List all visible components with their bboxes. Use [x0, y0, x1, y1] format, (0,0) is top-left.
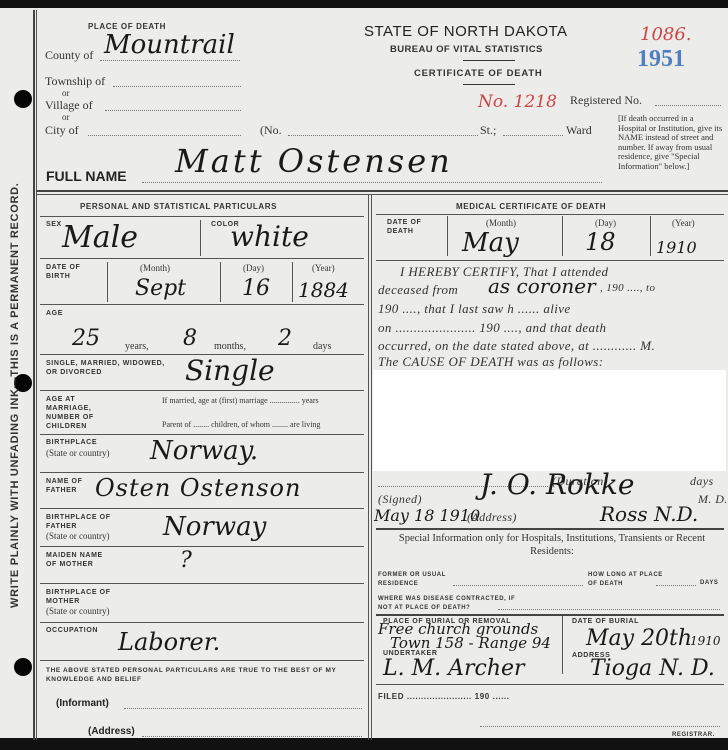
- sex-label: SEX: [46, 221, 62, 228]
- title-divider: [463, 60, 515, 61]
- dob-year-value: 1884: [298, 278, 349, 302]
- registrar-signature-field[interactable]: [480, 726, 720, 727]
- village-label: Village of: [45, 98, 93, 113]
- full-name-field[interactable]: [142, 182, 602, 183]
- burial-date-label: DATE OF BURIAL: [572, 618, 639, 625]
- medical-title: MEDICAL CERTIFICATE OF DEATH: [456, 202, 606, 211]
- column-divider-2: [371, 194, 372, 740]
- md-label: M. D.: [698, 492, 728, 507]
- cell-line: [447, 216, 448, 256]
- sex-value: Male: [62, 220, 138, 255]
- mother-value: ?: [180, 548, 192, 573]
- certificate-title: CERTIFICATE OF DEATH: [414, 68, 543, 79]
- physician-address-value: Ross N.D.: [600, 502, 698, 526]
- street-field[interactable]: [288, 135, 478, 136]
- street-label: St.;: [480, 123, 496, 138]
- hospital-note: [If death occurred in a Hospital or Inst…: [618, 114, 724, 171]
- marital-label: SINGLE, MARRIED, WIDOWED, OR DIVORCED: [46, 359, 166, 377]
- certify-line-3: 190 ...., that I last saw h ...... alive: [378, 301, 571, 317]
- special-info-heading: Special Information only for Hospitals, …: [384, 532, 720, 558]
- or-label: or: [62, 88, 70, 98]
- informant-label: (Informant): [56, 698, 109, 709]
- father-birthplace-sub: (State or country): [46, 531, 109, 541]
- duration-days-label: days: [690, 474, 714, 489]
- cell-line: [107, 262, 108, 302]
- age-days-value: 2: [278, 326, 292, 351]
- age-label: AGE: [46, 310, 63, 317]
- former-residence-label: FORMER OR USUAL RESIDENCE: [378, 571, 468, 589]
- header-divider-2: [36, 194, 728, 195]
- occupation-value: Laborer.: [118, 628, 220, 656]
- cause-of-death-heading: The CAUSE OF DEATH was as follows:: [378, 354, 603, 370]
- days-caps-label: DAYS: [700, 580, 719, 586]
- year-label: (Year): [672, 218, 695, 228]
- disease-contracted-field[interactable]: [498, 609, 720, 610]
- row-line: [40, 546, 364, 547]
- registered-no-label: Registered No.: [570, 93, 642, 108]
- attest-text: THE ABOVE STATED PERSONAL PARTICULARS AR…: [46, 666, 362, 684]
- certify-line-4: on ...................... 190 ...., and …: [378, 320, 606, 336]
- dod-label: DATE OF DEATH: [387, 218, 427, 236]
- dod-month-value: May: [462, 228, 519, 258]
- row-line: [376, 684, 724, 685]
- certify-line-2b: , 190 ...., to: [600, 282, 655, 294]
- county-value: Mountrail: [104, 30, 235, 60]
- or-label: or: [62, 112, 70, 122]
- ward-label: Ward: [566, 123, 592, 138]
- registered-no-field[interactable]: [655, 105, 721, 106]
- day-label: (Day): [243, 263, 264, 273]
- title-divider: [463, 84, 515, 85]
- mother-birthplace-label: BIRTHPLACE OF MOTHER: [46, 588, 116, 606]
- row-line: [40, 258, 364, 259]
- birthplace-value: Norway.: [150, 436, 258, 466]
- row-line: [40, 660, 364, 661]
- parent-of-text: Parent of ........ children, of whom ...…: [162, 420, 320, 429]
- bureau-title: BUREAU OF VITAL STATISTICS: [390, 44, 543, 55]
- cell-line: [292, 262, 293, 302]
- signed-date: May 18 1910: [374, 506, 480, 525]
- city-label: City of: [45, 123, 79, 138]
- days-label: days: [313, 341, 331, 352]
- physician-address-label: (Address): [467, 510, 517, 525]
- binder-hole: [14, 658, 32, 676]
- township-label: Township of: [45, 74, 105, 89]
- former-residence-field[interactable]: [453, 585, 583, 586]
- row-line: [376, 260, 724, 261]
- column-divider: [368, 194, 369, 740]
- city-field[interactable]: [88, 135, 241, 136]
- cell-line: [220, 262, 221, 302]
- disease-contracted-label: WHERE WAS DISEASE CONTRACTED, IF NOT AT …: [378, 595, 518, 613]
- row-line: [40, 434, 364, 435]
- form-left-border: [33, 10, 35, 740]
- binder-hole: [14, 90, 32, 108]
- signed-label: (Signed): [378, 492, 422, 507]
- county-field[interactable]: [100, 60, 240, 61]
- father-label: NAME OF FATHER: [46, 477, 96, 495]
- row-line: [40, 472, 364, 473]
- row-line: [40, 304, 364, 305]
- street-no-label: (No.: [260, 123, 282, 138]
- father-birthplace-value: Norway: [163, 512, 266, 542]
- age-marriage-label: AGE AT MARRIAGE, NUMBER OF CHILDREN: [46, 395, 116, 431]
- undertaker-value: L. M. Archer: [383, 656, 525, 681]
- months-label: months,: [214, 341, 246, 352]
- cell-line: [200, 220, 201, 256]
- year-label: (Year): [312, 263, 335, 273]
- day-label: (Day): [595, 218, 616, 228]
- age-years-value: 25: [72, 326, 100, 351]
- age-months-value: 8: [183, 326, 197, 351]
- birthplace-label: BIRTHPLACE: [46, 439, 97, 446]
- burial-year-value: 1910: [690, 634, 721, 648]
- years-label: years,: [125, 341, 149, 352]
- birthplace-sub: (State or country): [46, 448, 109, 458]
- mother-birthplace-sub: (State or country): [46, 606, 109, 616]
- physician-signature: J. O. Rokke: [480, 468, 634, 501]
- village-field[interactable]: [105, 110, 241, 111]
- side-instruction: WRITE PLAINLY WITH UNFADING INK—THIS IS …: [9, 183, 21, 609]
- full-name-value: Matt Ostensen: [175, 142, 453, 180]
- form-left-border-inner: [36, 10, 37, 740]
- dod-day-value: 18: [585, 228, 616, 256]
- row-line: [40, 622, 364, 623]
- dob-label: DATE OF BIRTH: [46, 263, 86, 281]
- certify-line-2: deceased from: [378, 282, 458, 298]
- undertaker-address-value: Tioga N. D.: [590, 656, 715, 681]
- marital-value: Single: [185, 354, 275, 387]
- father-birthplace-label: BIRTHPLACE OF FATHER: [46, 513, 116, 531]
- cell-line: [562, 216, 563, 256]
- informant-address-label: (Address): [88, 726, 135, 737]
- occupation-label: OCCUPATION: [46, 627, 98, 634]
- father-value: Osten Ostenson: [95, 474, 301, 502]
- filing-number: 1086.: [640, 24, 692, 45]
- if-married-text: If married, age at (first) marriage ....…: [162, 396, 319, 405]
- registrar-label: REGISTRAR.: [672, 732, 715, 738]
- cause-of-death-redacted: [373, 370, 726, 471]
- dod-year-value: 1910: [656, 238, 697, 257]
- attended-as-value: as coroner: [488, 274, 596, 298]
- row-line: [376, 614, 724, 616]
- dob-month-value: Sept: [135, 276, 186, 301]
- cell-line: [562, 616, 563, 674]
- ward-field[interactable]: [503, 135, 563, 136]
- township-field[interactable]: [113, 86, 241, 87]
- how-long-field[interactable]: [656, 585, 696, 586]
- death-certificate: WRITE PLAINLY WITH UNFADING INK—THIS IS …: [0, 8, 728, 738]
- cell-line: [650, 216, 651, 256]
- mother-label: MAIDEN NAME OF MOTHER: [46, 551, 116, 569]
- month-label: (Month): [140, 263, 170, 273]
- county-label: County of: [45, 48, 93, 63]
- header-divider: [36, 190, 728, 192]
- row-line: [376, 214, 724, 215]
- burial-date-value: May 20th: [586, 626, 692, 651]
- row-line: [40, 583, 364, 584]
- informant-address-field[interactable]: [142, 736, 362, 737]
- row-line: [40, 216, 364, 217]
- row-line: [40, 390, 364, 391]
- row-line: [376, 528, 724, 530]
- certify-line-5: occurred, on the date stated above, at .…: [378, 338, 655, 354]
- how-long-label: HOW LONG AT PLACE OF DEATH: [588, 571, 668, 589]
- full-name-label: FULL NAME: [46, 168, 127, 184]
- personal-title: PERSONAL AND STATISTICAL PARTICULARS: [80, 202, 277, 211]
- dob-day-value: 16: [242, 276, 270, 301]
- informant-field[interactable]: [124, 708, 362, 709]
- color-value: white: [230, 220, 309, 253]
- filed-label: FILED ....................... 190 ......: [378, 692, 510, 701]
- row-line: [40, 508, 364, 509]
- month-label: (Month): [486, 218, 516, 228]
- stamp-number: 1951: [637, 46, 685, 73]
- red-certificate-number: No. 1218: [478, 92, 557, 112]
- state-title: STATE OF NORTH DAKOTA: [364, 23, 568, 40]
